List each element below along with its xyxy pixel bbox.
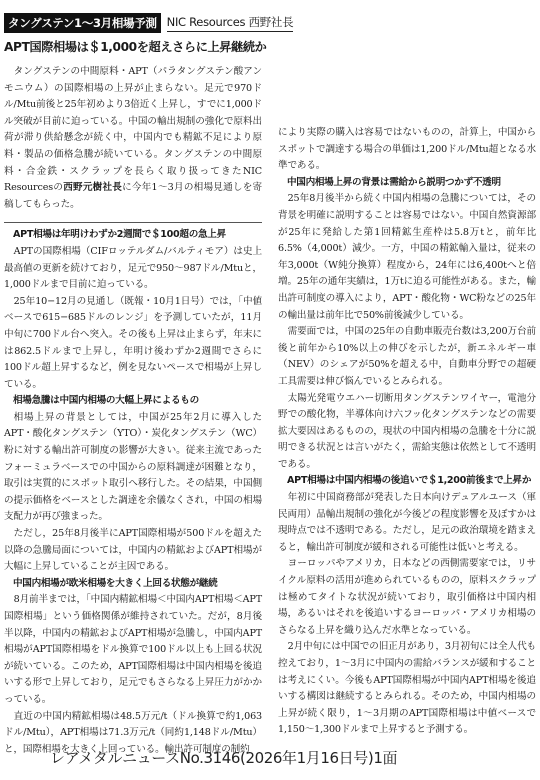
section-heading: 中国内相場上昇の背景は需給から説明つかず不透明: [278, 175, 536, 192]
right-column: により実際の購入は容易ではないものの，計算上，中国からスポットで調達する場合の単…: [278, 125, 536, 739]
paragraph: APTの国際相場（CIFロッテルダム/バルティモア）は史上最高値の更新を続けてお…: [4, 244, 262, 294]
article-headline: APT国際相場は＄1,000を超えさらに上昇継続か: [4, 38, 262, 56]
article-header: タングステン1〜3月相場予測 NIC Resources 西野社長: [4, 12, 293, 34]
paragraph: 需要面では，中国の25年の自動車販売台数は3,200万台前後と前年から10%以上…: [278, 324, 536, 390]
left-column: タングステンの中間原料・APT（パラタングステン酸アンモニウム）の国際相場の上昇…: [4, 64, 262, 758]
section-heading: 相場急騰は中国内相場の大幅上昇によるもの: [4, 393, 262, 410]
paragraph: 8月前半までは，「中国内精鉱相場＜中国内APT相場＜APT国際相場」という価格関…: [4, 592, 262, 708]
paragraph: ただし，25年8月後半にAPT国際相場が500ドルを超えた以降の急騰局面について…: [4, 526, 262, 576]
paragraph-continued: により実際の購入は容易ではないものの，計算上，中国からスポットで調達する場合の単…: [278, 125, 536, 175]
byline: NIC Resources 西野社長: [167, 15, 294, 32]
section-heading: APT相場は中国内相場の後追いで＄1,200前後まで上昇か: [278, 473, 536, 490]
section-heading: APT相場は年明けわずか2週間で＄100超の急上昇: [4, 227, 262, 244]
source-citation: レアメタルニュースNo.3146(2026年1月16日号)1面: [50, 748, 397, 768]
paragraph: 年初に中国商務部が発表した日本向けデュアルユース（軍民両用）品輸出規制の強化が今…: [278, 490, 536, 556]
topic-label: タングステン1〜3月相場予測: [4, 13, 161, 33]
paragraph: 相場上昇の背景としては，中国が25年2月に導入したAPT・酸化タングステン（YT…: [4, 410, 262, 526]
paragraph: 2月中旬には中国での旧正月があり，3月初旬には全人代も控えており，1〜3月に中国…: [278, 639, 536, 739]
section-heading: 中国内相場が欧米相場を大きく上回る状態が継続: [4, 576, 262, 593]
paragraph: ヨーロッパやアメリカ，日本などの西側需要家では，リサイクル原料の活用が進められて…: [278, 556, 536, 639]
lead-divider: [4, 222, 262, 223]
lead-text: タングステンの中間原料・APT（パラタングステン酸アンモニウム）の国際相場の上昇…: [4, 66, 262, 193]
lead-paragraph: タングステンの中間原料・APT（パラタングステン酸アンモニウム）の国際相場の上昇…: [4, 64, 262, 213]
paragraph: 25年8月後半から続く中国内相場の急騰については，その背景を明確に説明することは…: [278, 191, 536, 324]
paragraph: 25年10−12月の見通し（既報・10月1日号）では，「中値ベースで615−68…: [4, 294, 262, 394]
author-name: 西野元樹社長: [63, 182, 122, 193]
paragraph: 太陽光発電ウエハー切断用タングステンワイヤー，電池分野での酸化物，半導体向け六フ…: [278, 391, 536, 474]
